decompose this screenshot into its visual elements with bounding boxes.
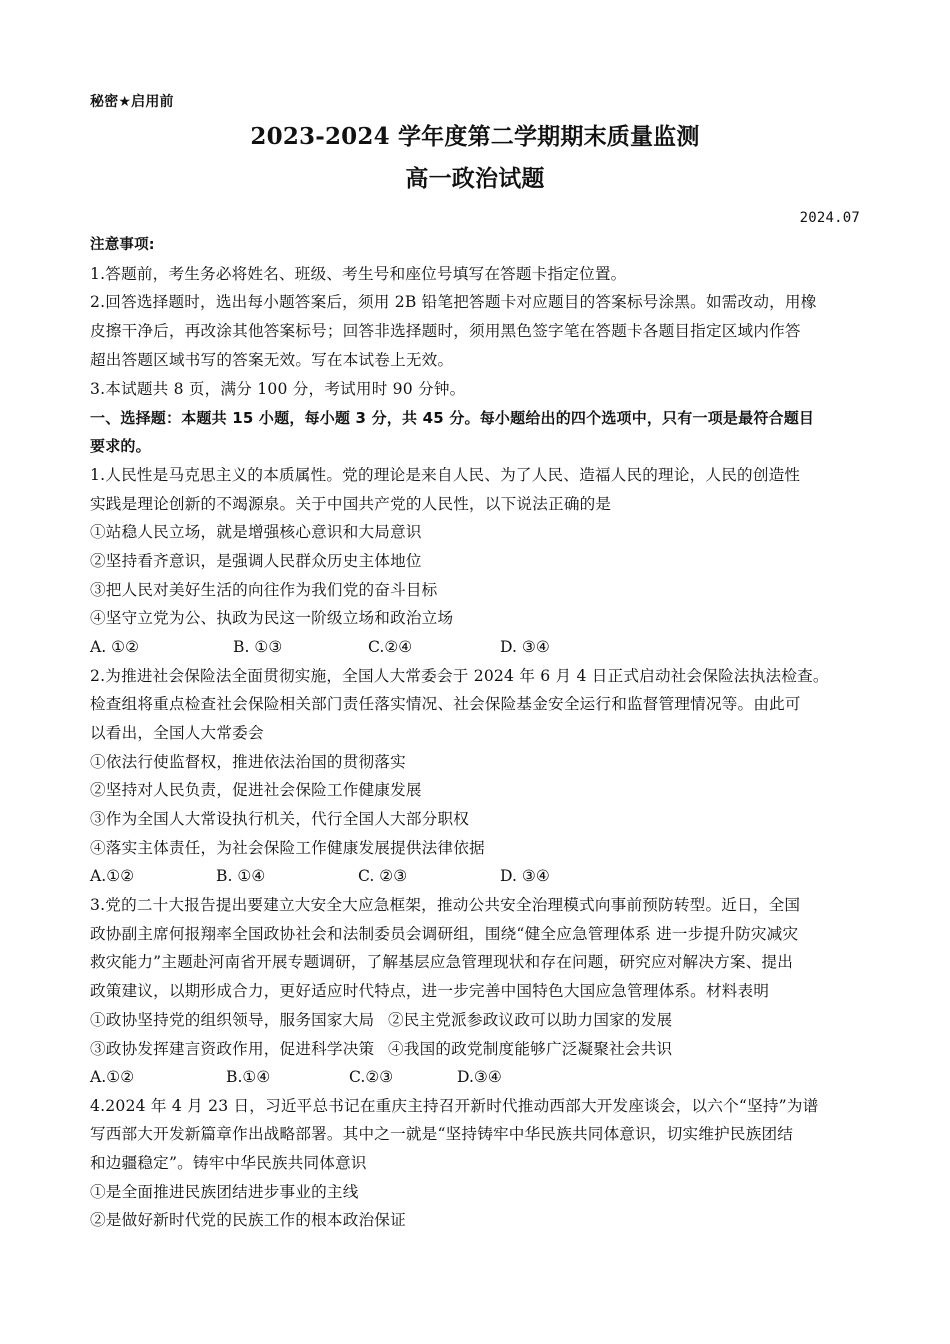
exam-subtitle: 高一政治试题 [90, 164, 860, 194]
statement: ②坚持对人民负责，促进社会保险工作健康发展 [90, 780, 422, 800]
question-stem: 1.人民性是马克思主义的本质属性。党的理论是来自人民、为了人民、造福人民的理论，… [90, 465, 800, 485]
choice-d[interactable]: D. ③④ [500, 866, 550, 886]
choice-d[interactable]: D.③④ [457, 1067, 502, 1087]
exam-date: 2024.07 [800, 208, 860, 228]
notice-line: 1.答题前，考生务必将姓名、班级、考生号和座位号填写在答题卡指定位置。 [90, 264, 626, 284]
choice-a[interactable]: A. ①② [90, 637, 139, 657]
question-stem: 以看出，全国人大常委会 [90, 723, 264, 743]
notice-line: 2.回答选择题时，选出每小题答案后，须用 2B 铅笔把答题卡对应题目的答案标号涂… [90, 292, 817, 312]
statement: ②坚持看齐意识，是强调人民群众历史主体地位 [90, 551, 422, 571]
choice-b[interactable]: B.①④ [226, 1067, 270, 1087]
question-stem: 检查组将重点检查社会保险相关部门责任落实情况、社会保险基金安全运行和监督管理情况… [90, 694, 801, 714]
statement: ②民主党派参政议政可以助力国家的发展 [388, 1010, 672, 1030]
statement: ③把人民对美好生活的向往作为我们党的奋斗目标 [90, 580, 437, 600]
notice-line: 超出答题区域书写的答案无效。写在本试卷上无效。 [90, 350, 453, 370]
choice-c[interactable]: C.②③ [349, 1067, 393, 1087]
statement: ①依法行使监督权，推进依法治国的贯彻落实 [90, 752, 406, 772]
question-stem: 政协副主席何报翔率全国政协社会和法制委员会调研组，围绕“健全应急管理体系 进一步… [90, 924, 798, 944]
choice-d[interactable]: D. ③④ [500, 637, 550, 657]
notice-heading: 注意事项: [90, 235, 155, 255]
question-stem: 政策建议，以期形成合力，更好适应时代特点，进一步完善中国特色大国应急管理体系。材… [90, 981, 769, 1001]
secret-mark: 秘密★启用前 [90, 92, 174, 112]
choice-b[interactable]: B. ①④ [216, 866, 265, 886]
section-heading: 一、选择题：本题共 15 小题，每小题 3 分，共 45 分。每小题给出的四个选… [90, 408, 814, 428]
choice-a[interactable]: A.①② [90, 1067, 134, 1087]
exam-title: 2023-2024 学年度第二学期期末质量监测 [90, 122, 860, 152]
notice-line: 3.本试题共 8 页，满分 100 分，考试用时 90 分钟。 [90, 379, 465, 399]
question-stem: 实践是理论创新的不竭源泉。关于中国共产党的人民性，以下说法正确的是 [90, 494, 611, 514]
section-heading: 要求的。 [90, 436, 151, 456]
statement: ④我国的政党制度能够广泛凝聚社会共识 [388, 1039, 672, 1059]
question-stem: 救灾能力”主题赴河南省开展专题调研，了解基层应急管理现状和存在问题，研究应对解决… [90, 952, 793, 972]
choice-c[interactable]: C.②④ [368, 637, 412, 657]
statement: ①站稳人民立场，就是增强核心意识和大局意识 [90, 522, 422, 542]
statement: ④落实主体责任，为社会保险工作健康发展提供法律依据 [90, 838, 485, 858]
statement: ①政协坚持党的组织领导，服务国家大局 [90, 1010, 374, 1030]
statement: ④坚守立党为公、执政为民这一阶级立场和政治立场 [90, 608, 453, 628]
question-stem: 和边疆稳定”。铸牢中华民族共同体意识 [90, 1153, 367, 1173]
statement: ①是全面推进民族团结进步事业的主线 [90, 1182, 359, 1202]
question-stem: 写西部大开发新篇章作出战略部署。其中之一就是“坚持铸牢中华民族共同体意识，切实维… [90, 1124, 793, 1144]
question-stem: 4.2024 年 4 月 23 日，习近平总书记在重庆主持召开新时代推动西部大开… [90, 1096, 818, 1116]
notice-line: 皮擦干净后，再改涂其他答案标号；回答非选择题时，须用黑色签字笔在答题卡各题目指定… [90, 321, 801, 341]
choice-c[interactable]: C. ②③ [358, 866, 407, 886]
question-stem: 3.党的二十大报告提出要建立大安全大应急框架，推动公共安全治理模式向事前预防转型… [90, 895, 800, 915]
choice-a[interactable]: A.①② [90, 866, 134, 886]
statement: ②是做好新时代党的民族工作的根本政治保证 [90, 1210, 406, 1230]
statement: ③作为全国人大常设执行机关，代行全国人大部分职权 [90, 809, 469, 829]
statement: ③政协发挥建言资政作用，促进科学决策 [90, 1039, 374, 1059]
question-stem: 2.为推进社会保险法全面贯彻实施，全国人大常委会于 2024 年 6 月 4 日… [90, 666, 829, 686]
choice-b[interactable]: B. ①③ [233, 637, 282, 657]
